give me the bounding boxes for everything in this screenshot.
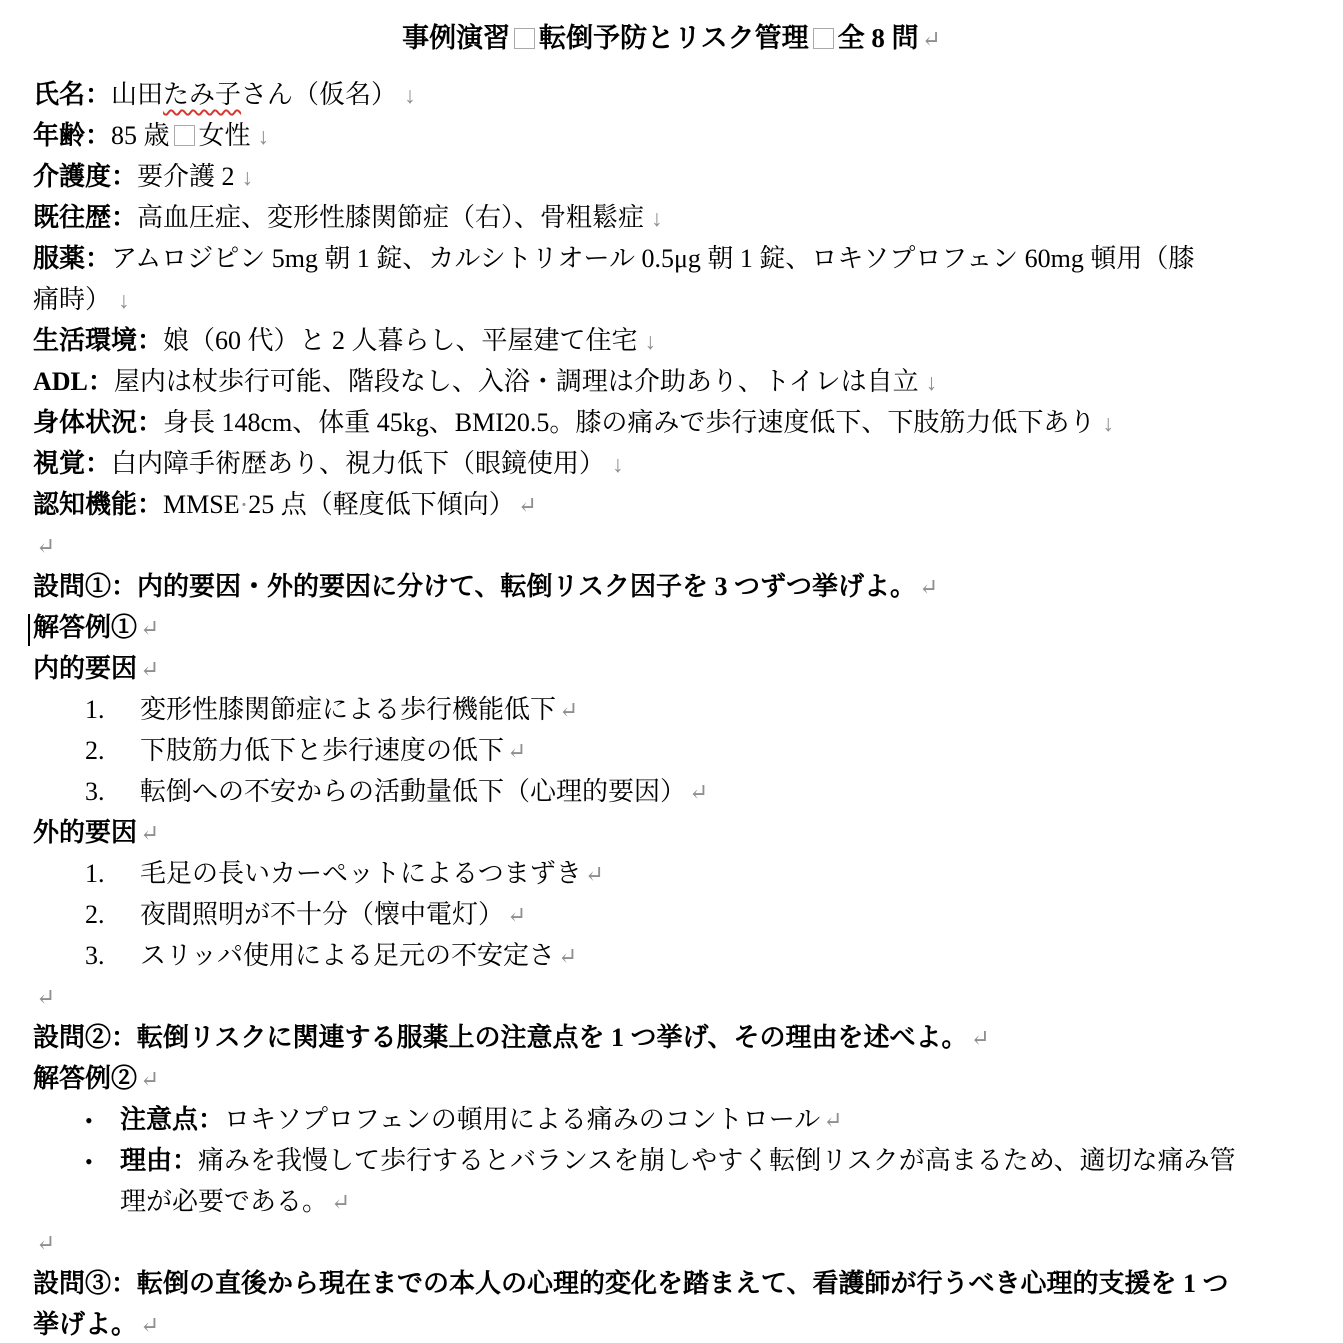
text-run: MMSE [163, 490, 240, 519]
spellcheck-flagged-text: たみ子 [163, 80, 241, 109]
text-cursor [28, 614, 30, 646]
internal-factor-1: 1.変形性膝関節症による歩行機能低下↵ [0, 689, 1343, 730]
text-run: 85 歳 [111, 121, 170, 150]
question-3-wrap: 挙げよ。↵ [0, 1304, 1343, 1343]
text-run: 変形性膝関節症による歩行機能低下 [140, 695, 556, 724]
text-run: 事例演習 [402, 23, 510, 53]
line-break-mark-icon: ↓ [251, 124, 270, 149]
line-break-mark-icon: ↓ [919, 370, 938, 395]
text-run: 理由： [120, 1146, 198, 1175]
paragraph-mark-icon: ↵ [515, 493, 537, 518]
text-run: スリッパ使用による足元の不安定さ [140, 941, 555, 970]
paragraph-mark-icon: ↵ [137, 657, 159, 682]
text-run: アムロジピン 5mg 朝 1 錠、カルシトリオール 0.5μg 朝 1 錠、ロキ… [111, 244, 1194, 273]
paragraph-mark-icon: ↵ [967, 1026, 989, 1051]
text-run: 挙げよ。 [33, 1310, 137, 1339]
external-factor-1: 1.毛足の長いカーペットによるつまずき↵ [0, 853, 1343, 894]
field-age: 年齢：85 歳女性↓ [0, 115, 1343, 156]
paragraph-mark-icon: ↵ [556, 698, 578, 723]
text-run: 設問③：転倒の直後から現在までの本人の心理的変化を踏まえて、看護師が行うべき心理… [33, 1269, 1228, 1298]
answer-2-reason-wrap: 理が必要である。↵ [0, 1181, 1343, 1222]
text-run: 女性 [199, 121, 251, 150]
text-run: 解答例② [33, 1064, 137, 1093]
field-care-level: 介護度：要介護 2↓ [0, 156, 1343, 197]
field-cognition: 認知機能：MMSE·25 点（軽度低下傾向）↵ [0, 484, 1343, 525]
answer-2-heading: 解答例②↵ [0, 1058, 1343, 1099]
paragraph-mark-icon: ↵ [504, 903, 526, 928]
paragraph-mark-icon: ↵ [137, 1067, 159, 1092]
question-3: 設問③：転倒の直後から現在までの本人の心理的変化を踏まえて、看護師が行うべき心理… [0, 1263, 1343, 1304]
ideographic-space-mark-icon [813, 28, 834, 49]
text-run: 理が必要である。 [120, 1187, 328, 1216]
text-run: 身長 148cm、体重 45kg、BMI20.5。膝の痛みで歩行速度低下、下肢筋… [163, 408, 1095, 437]
text-run: 25 点（軽度低下傾向） [248, 490, 515, 519]
external-factor-3: 3.スリッパ使用による足元の不安定さ↵ [0, 935, 1343, 976]
field-vision: 視覚：白内障手術歴あり、視力低下（眼鏡使用）↓ [0, 443, 1343, 484]
field-name: 氏名：山田たみ子さん（仮名）↓ [0, 74, 1343, 115]
empty-line: ↵ [0, 525, 1343, 566]
text-run: ADL： [33, 367, 114, 396]
line-break-mark-icon: ↓ [644, 206, 663, 231]
bullet-icon: • [85, 1141, 120, 1182]
text-run: 要介護 2 [137, 162, 235, 191]
field-adl: ADL：屋内は杖歩行可能、階段なし、入浴・調理は介助あり、トイレは自立↓ [0, 361, 1343, 402]
paragraph-mark-icon: ↵ [33, 534, 55, 559]
line-break-mark-icon: ↓ [235, 165, 254, 190]
paragraph-mark-icon: ↵ [916, 575, 938, 600]
paragraph-mark-icon: ↵ [137, 1313, 159, 1338]
text-run: 痛時） [33, 285, 111, 314]
text-run: 解答例① [33, 613, 137, 642]
paragraph-mark-icon: ↵ [328, 1190, 350, 1215]
list-number: 1. [85, 853, 140, 894]
list-number: 2. [85, 730, 140, 771]
list-number: 2. [85, 894, 140, 935]
text-run: 年齢： [33, 121, 111, 150]
text-run: 高血圧症、変形性膝関節症（右）、骨粗鬆症 [137, 203, 644, 232]
text-run: 下肢筋力低下と歩行速度の低下 [140, 736, 504, 765]
paragraph-mark-icon: ↵ [33, 985, 55, 1010]
text-run: 転倒予防とリスク管理 [539, 23, 808, 53]
text-run: 既往歴： [33, 203, 137, 232]
text-run: 認知機能： [33, 490, 163, 519]
text-run: 毛足の長いカーペットによるつまずき [140, 859, 582, 888]
text-run: 転倒への不安からの活動量低下（心理的要因） [140, 777, 686, 806]
internal-factors-heading: 内的要因↵ [0, 648, 1343, 689]
external-factors-heading: 外的要因↵ [0, 812, 1343, 853]
list-number: 3. [85, 935, 140, 976]
text-run: 視覚： [33, 449, 111, 478]
paragraph-mark-icon: ↵ [33, 1231, 55, 1256]
line-break-mark-icon: ↓ [605, 452, 624, 477]
field-medication: 服薬：アムロジピン 5mg 朝 1 錠、カルシトリオール 0.5μg 朝 1 錠… [0, 238, 1343, 279]
text-run: 外的要因 [33, 818, 137, 847]
empty-line: ↵ [0, 1222, 1343, 1263]
answer-2-point: •注意点：ロキソプロフェンの頓用による痛みのコントロール↵ [0, 1099, 1343, 1140]
paragraph-mark-icon: ↵ [504, 739, 526, 764]
text-run: 注意点： [120, 1105, 224, 1134]
text-run: さん（仮名） [241, 80, 397, 109]
field-history: 既往歴：高血圧症、変形性膝関節症（右）、骨粗鬆症↓ [0, 197, 1343, 238]
paragraph-mark-icon: ↵ [137, 616, 159, 641]
question-1: 設問①：内的要因・外的要因に分けて、転倒リスク因子を 3 つずつ挙げよ。↵ [0, 566, 1343, 607]
internal-factor-2: 2.下肢筋力低下と歩行速度の低下↵ [0, 730, 1343, 771]
paragraph-mark-icon: ↵ [686, 780, 708, 805]
text-run: 痛みを我慢して歩行するとバランスを崩しやすく転倒リスクが高まるため、適切な痛み管 [198, 1146, 1236, 1175]
field-living: 生活環境：娘（60 代）と 2 人暮らし、平屋建て住宅↓ [0, 320, 1343, 361]
line-break-mark-icon: ↓ [638, 329, 657, 354]
bullet-icon: • [85, 1100, 120, 1141]
text-run: 白内障手術歴あり、視力低下（眼鏡使用） [111, 449, 605, 478]
answer-1-heading: 解答例①↵ [0, 607, 1343, 648]
text-run: 生活環境： [33, 326, 163, 355]
text-run: 設問②：転倒リスクに関連する服薬上の注意点を 1 つ挙げ、その理由を述べよ。 [33, 1023, 967, 1052]
text-run: ロキソプロフェンの頓用による痛みのコントロール [224, 1105, 820, 1134]
question-2: 設問②：転倒リスクに関連する服薬上の注意点を 1 つ挙げ、その理由を述べよ。↵ [0, 1017, 1343, 1058]
line-break-mark-icon: ↓ [111, 288, 130, 313]
list-number: 1. [85, 689, 140, 730]
text-run: 夜間照明が不十分（懐中電灯） [140, 900, 504, 929]
paragraph-mark-icon: ↵ [820, 1108, 842, 1133]
text-run: 服薬： [33, 244, 111, 273]
text-run: 身体状況： [33, 408, 163, 437]
text-run: 氏名： [33, 80, 111, 109]
text-run: 屋内は杖歩行可能、階段なし、入浴・調理は介助あり、トイレは自立 [114, 367, 919, 396]
paragraph-mark-icon: ↵ [919, 27, 941, 52]
internal-factor-3: 3.転倒への不安からの活動量低下（心理的要因）↵ [0, 771, 1343, 812]
ideographic-space-mark-icon [174, 125, 195, 146]
text-run: 全 8 問 [838, 23, 919, 53]
list-number: 3. [85, 771, 140, 812]
line-break-mark-icon: ↓ [1095, 411, 1114, 436]
paragraph-mark-icon: ↵ [582, 862, 604, 887]
external-factor-2: 2.夜間照明が不十分（懐中電灯）↵ [0, 894, 1343, 935]
text-run: 介護度： [33, 162, 137, 191]
text-run: 内的要因 [33, 654, 137, 683]
line-break-mark-icon: ↓ [397, 83, 416, 108]
field-physical: 身体状況：身長 148cm、体重 45kg、BMI20.5。膝の痛みで歩行速度低… [0, 402, 1343, 443]
empty-line: ↵ [0, 976, 1343, 1017]
paragraph-mark-icon: ↵ [555, 944, 577, 969]
answer-2-reason: •理由：痛みを我慢して歩行するとバランスを崩しやすく転倒リスクが高まるため、適切… [0, 1140, 1343, 1181]
ideographic-space-mark-icon [514, 28, 535, 49]
paragraph-mark-icon: ↵ [137, 821, 159, 846]
text-run: · [240, 490, 249, 519]
doc-title: 事例演習転倒予防とリスク管理全 8 問↵ [0, 14, 1343, 62]
text-run: 設問①：内的要因・外的要因に分けて、転倒リスク因子を 3 つずつ挙げよ。 [33, 572, 916, 601]
text-run: 娘（60 代）と 2 人暮らし、平屋建て住宅 [163, 326, 638, 355]
field-medication-wrap: 痛時）↓ [0, 279, 1343, 320]
text-run: 山田 [111, 80, 163, 109]
document-page[interactable]: 事例演習転倒予防とリスク管理全 8 問↵氏名：山田たみ子さん（仮名）↓年齢：85… [0, 0, 1343, 1343]
